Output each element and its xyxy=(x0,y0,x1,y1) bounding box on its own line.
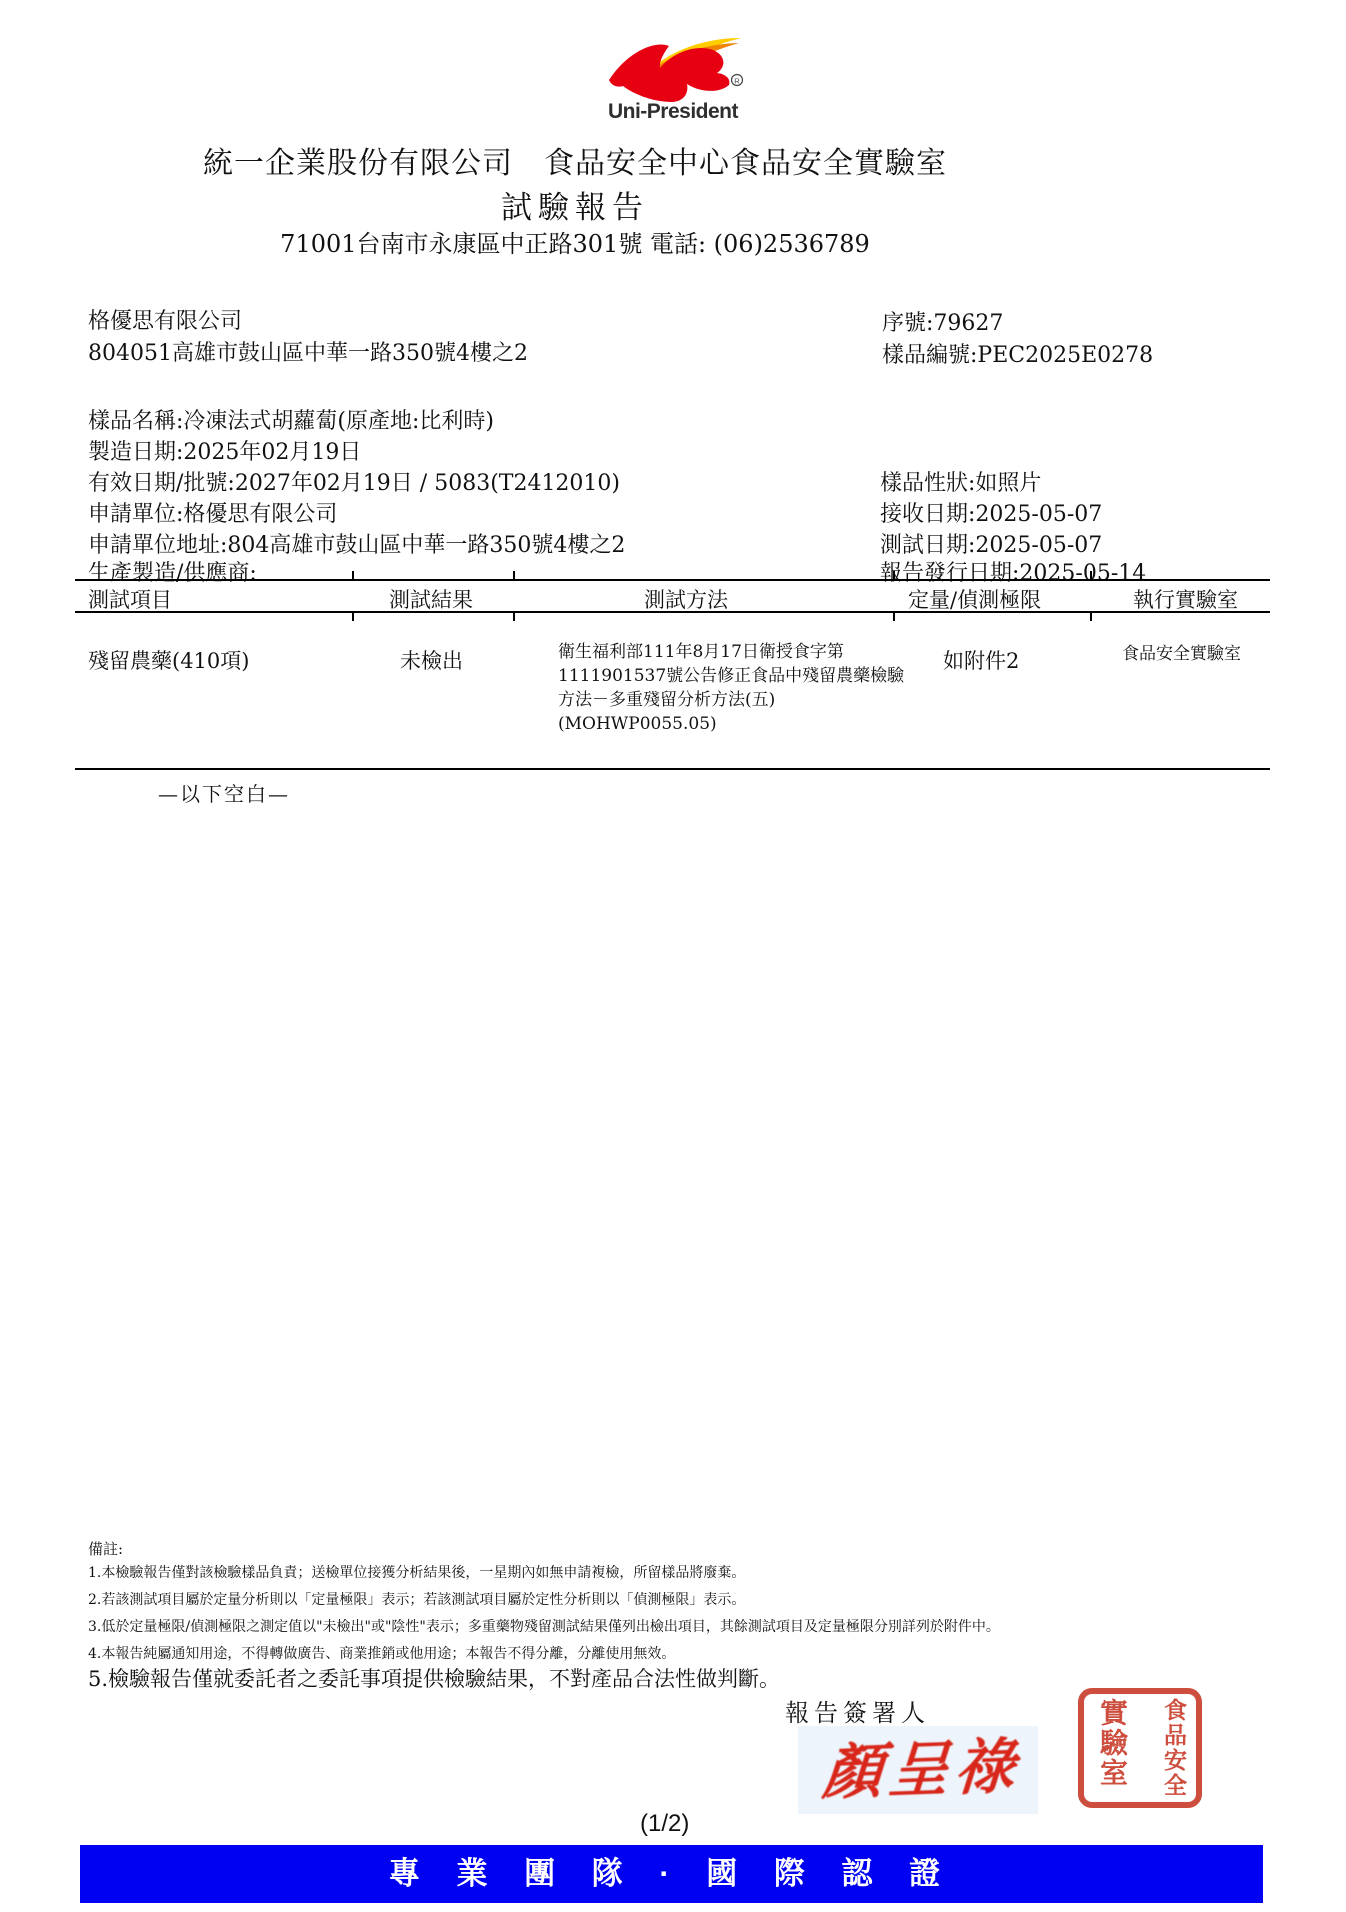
lab-seal-stamp: 食品安全 實驗室 xyxy=(1078,1688,1202,1808)
sample-appearance: 樣品性狀:如照片 xyxy=(880,466,1041,497)
lab-address-line: 71001台南市永康區中正路301號 電話: (06)2536789 xyxy=(0,224,1150,259)
result-limit: 如附件2 xyxy=(943,645,1019,675)
col-header-test-result: 測試結果 xyxy=(389,584,473,614)
footer-slogan-bar: 專 業 團 隊 · 國 際 認 證 xyxy=(80,1845,1263,1903)
result-item: 殘留農藥(410項) xyxy=(88,645,249,675)
report-title: 試驗報告 xyxy=(0,182,1150,227)
table-bottom-rule xyxy=(75,768,1270,770)
report-issue-date: 報告發行日期:2025-05-14 xyxy=(880,556,1146,587)
note-2: 2.若該測試項目屬於定量分析則以「定量極限」表示；若該測試項目屬於定性分析則以「… xyxy=(88,1589,745,1609)
result-method: 衛生福利部111年8月17日衛授食字第1111901537號公告修正食品中殘留農… xyxy=(558,640,908,736)
client-name: 格優思有限公司 xyxy=(88,304,242,335)
notes-label: 備註: xyxy=(88,1538,123,1559)
end-of-results-marker: —以下空白— xyxy=(158,778,290,807)
seal-text-right-column: 食品安全 xyxy=(1157,1698,1190,1798)
note-3: 3.低於定量極限/偵測極限之測定值以"未檢出"或"陰性"表示；多重藥物殘留測試結… xyxy=(88,1616,1000,1636)
column-divider-tick xyxy=(513,571,515,580)
column-divider-tick xyxy=(352,612,354,621)
note-4: 4.本報告純屬通知用途，不得轉做廣告、商業推銷或他用途；本報告不得分離，分離使用… xyxy=(88,1643,675,1663)
column-divider-tick xyxy=(352,571,354,580)
seal-text-left-column: 實驗室 xyxy=(1092,1698,1132,1788)
svg-text:R: R xyxy=(734,77,740,86)
col-header-test-method: 測試方法 xyxy=(644,584,728,614)
logo-wordmark: Uni-President xyxy=(588,100,758,124)
note-5: 5.檢驗報告僅就委託者之委託事項提供檢驗結果，不對產品合法性做判斷。 xyxy=(88,1663,780,1693)
page-number: (1/2) xyxy=(640,1810,689,1838)
result-value: 未檢出 xyxy=(400,645,463,675)
applicant-address: 申請單位地址:804高雄市鼓山區中華一路350號4樓之2 xyxy=(88,528,625,559)
footer-slogan: 專 業 團 隊 · 國 際 認 證 xyxy=(80,1845,1263,1903)
column-divider-tick xyxy=(893,612,895,621)
applicant: 申請單位:格優思有限公司 xyxy=(88,497,337,528)
col-header-detection-limit: 定量/偵測極限 xyxy=(908,584,1041,614)
report-page: R Uni-President 統一企業股份有限公司 食品安全中心食品安全實驗室… xyxy=(0,0,1346,1912)
uni-president-bird-icon: R xyxy=(605,30,745,106)
company-lab-title: 統一企業股份有限公司 食品安全中心食品安全實驗室 xyxy=(0,138,1150,182)
serial-number: 序號:79627 xyxy=(882,306,1003,337)
manufacturer-supplier: 生產製造/供應商: xyxy=(88,556,257,587)
sample-name: 樣品名稱:冷凍法式胡蘿蔔(原產地:比利時) xyxy=(88,404,494,435)
handwritten-signature: 顏呈祿 xyxy=(799,1718,1045,1813)
column-divider-tick xyxy=(513,612,515,621)
col-header-test-item: 測試項目 xyxy=(88,584,172,614)
manufacture-date: 製造日期:2025年02月19日 xyxy=(88,435,361,466)
note-1: 1.本檢驗報告僅對該檢驗樣品負責；送檢單位接獲分析結果後，一星期內如無申請複檢，… xyxy=(88,1562,745,1582)
column-divider-tick xyxy=(1090,612,1092,621)
expiry-batch: 有效日期/批號:2027年02月19日 / 5083(T2412010) xyxy=(88,466,620,497)
test-date: 測試日期:2025-05-07 xyxy=(880,528,1102,559)
result-lab: 食品安全實驗室 xyxy=(1122,642,1241,666)
column-divider-tick xyxy=(1090,571,1092,580)
received-date: 接收日期:2025-05-07 xyxy=(880,497,1102,528)
col-header-lab: 執行實驗室 xyxy=(1133,584,1238,614)
client-address: 804051高雄市鼓山區中華一路350號4樓之2 xyxy=(88,336,528,367)
sample-number: 樣品編號:PEC2025E0278 xyxy=(882,338,1153,369)
column-divider-tick xyxy=(893,571,895,580)
